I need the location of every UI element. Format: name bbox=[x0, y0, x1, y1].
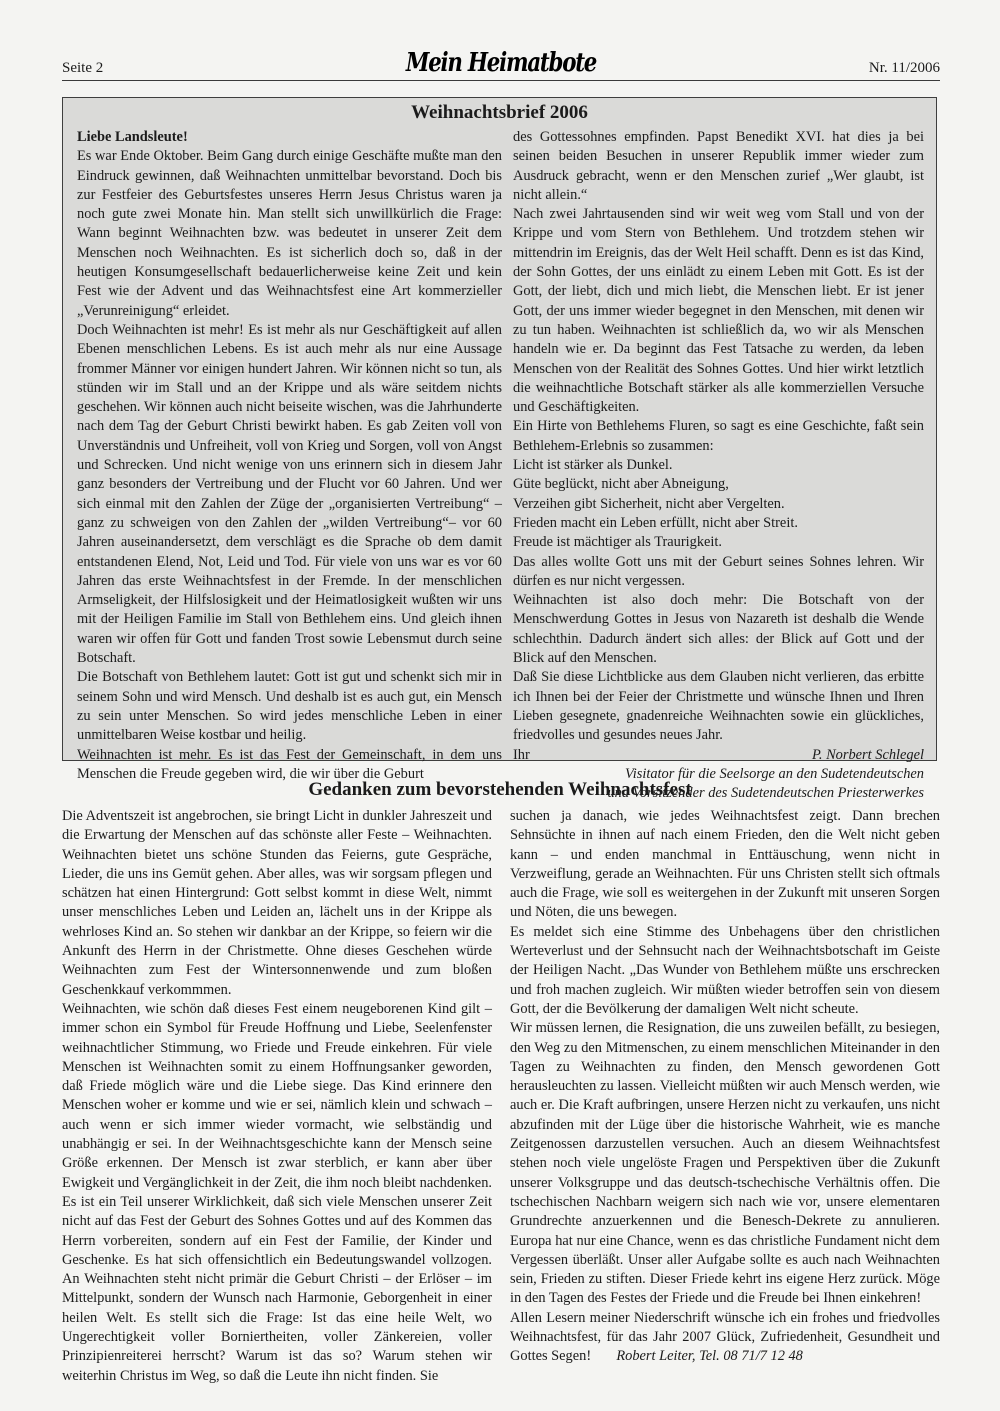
signature-name: P. Norbert Schlegel bbox=[812, 746, 924, 765]
letter-paragraph: Daß Sie diese Lichtblicke aus dem Glaube… bbox=[513, 668, 924, 745]
newspaper-page: Seite 2 Mein Heimatbote Nr. 11/2006 Weih… bbox=[0, 0, 1000, 1411]
article-paragraph: Es meldet sich eine Stimme des Unbehagen… bbox=[510, 923, 940, 1019]
article-title: Gedanken zum bevorstehenden Weihnachtsfe… bbox=[0, 779, 1000, 801]
page-header: Seite 2 Mein Heimatbote Nr. 11/2006 bbox=[62, 20, 940, 81]
signature-line: Ihr P. Norbert Schlegel bbox=[513, 746, 924, 765]
letter-paragraph: Es war Ende Oktober. Beim Gang durch ein… bbox=[77, 147, 502, 321]
article-paragraph: Die Adventszeit ist angebrochen, sie bri… bbox=[62, 807, 492, 1000]
letter-paragraph: Nach zwei Jahrtausenden sind wir weit we… bbox=[513, 205, 924, 417]
letter-greeting: Liebe Landsleute! bbox=[77, 128, 502, 147]
article-paragraph: Weihnachten, wie schön daß dieses Fest e… bbox=[62, 1000, 492, 1386]
poem-line: Frieden macht ein Leben erfüllt, nicht a… bbox=[513, 514, 924, 533]
article-paragraph: suchen ja danach, wie jedes Weihnachtsfe… bbox=[510, 807, 940, 923]
closing: Ihr bbox=[513, 746, 530, 765]
issue-number: Nr. 11/2006 bbox=[869, 60, 940, 77]
letter-paragraph: Ein Hirte von Bethlehems Fluren, so sagt… bbox=[513, 417, 924, 456]
letter-paragraph: Doch Weihnachten ist mehr! Es ist mehr a… bbox=[77, 321, 502, 668]
page-number: Seite 2 bbox=[62, 60, 103, 77]
letter-paragraph: Das alles wollte Gott uns mit der Geburt… bbox=[513, 553, 924, 592]
masthead-logo: Mein Heimatbote bbox=[406, 48, 596, 78]
letter-paragraph: des Gottessohnes empfinden. Papst Benedi… bbox=[513, 128, 924, 205]
article-left-column: Die Adventszeit ist angebrochen, sie bri… bbox=[62, 807, 492, 1386]
poem-line: Licht ist stärker als Dunkel. bbox=[513, 456, 924, 475]
poem-line: Güte beglückt, nicht aber Abneigung, bbox=[513, 475, 924, 494]
letter-left-column: Liebe Landsleute! Es war Ende Oktober. B… bbox=[77, 128, 502, 784]
article-paragraph: Wir müssen lernen, die Resignation, die … bbox=[510, 1019, 940, 1308]
letter-title: Weihnachtsbrief 2006 bbox=[63, 102, 936, 124]
poem-line: Verzeihen gibt Sicherheit, nicht aber Ve… bbox=[513, 495, 924, 514]
article-right-column: suchen ja danach, wie jedes Weihnachtsfe… bbox=[510, 807, 940, 1367]
letter-right-column: des Gottessohnes empfinden. Papst Benedi… bbox=[513, 128, 924, 803]
poem-line: Freude ist mächtiger als Traurigkeit. bbox=[513, 533, 924, 552]
letter-paragraph: Die Botschaft von Bethlehem lautet: Gott… bbox=[77, 668, 502, 745]
author-signature: Robert Leiter, Tel. 08 71/7 12 48 bbox=[616, 1348, 803, 1364]
article-paragraph: Allen Lesern meiner Niederschrift wünsch… bbox=[510, 1309, 940, 1367]
christmas-letter-box: Weihnachtsbrief 2006 Liebe Landsleute! E… bbox=[62, 97, 937, 761]
letter-paragraph: Weihnachten ist also doch mehr: Die Bots… bbox=[513, 591, 924, 668]
